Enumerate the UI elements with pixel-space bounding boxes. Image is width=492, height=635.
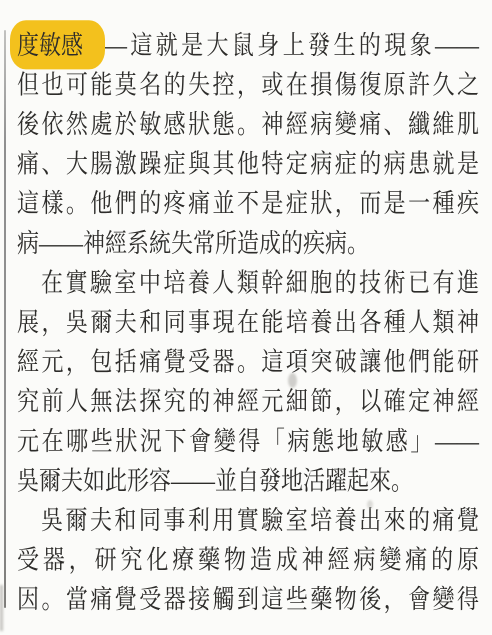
text-line: 度敏感——這就是大鼠身上發生的現象—— <box>17 25 479 65</box>
page-gutter-shadow <box>0 585 3 631</box>
text-line: 在實驗室中培養人類幹細胞的技術已有進 <box>17 263 479 303</box>
text-line: 病——神經系統失常所造成的疾病。 <box>17 223 479 263</box>
text-line: 展，吳爾夫和同事現在能培養出各種人類神 <box>17 302 479 342</box>
text-line: 痛、大腸激躁症與其他特定病症的病患就是 <box>17 144 479 184</box>
scan-artifact <box>367 500 373 509</box>
text-line: 吳爾夫如此形容——並自發地活躍起來。 <box>17 461 479 501</box>
text-line: 經元，包括痛覺受器。這項突破讓他們能研 <box>17 342 479 382</box>
text-block: 度敏感——這就是大鼠身上發生的現象——但也可能莫名的失控，或在損傷復原許久之後依… <box>17 25 479 619</box>
text-line: 究前人無法探究的神經元細節，以確定神經 <box>17 381 479 421</box>
text-line: 元在哪些狀況下會變得「病態地敏感」—— <box>17 421 479 461</box>
text-line: 因。當痛覺受器接觸到這些藥物後，會變得 <box>17 579 479 619</box>
text-line: 吳爾夫和同事利用實驗室培養出來的痛覺 <box>17 500 479 540</box>
text-line: 這樣。他們的疼痛並不是症狀，而是一種疾 <box>17 183 479 223</box>
text-line: 後依然處於敏感狀態。神經病變痛、纖維肌 <box>17 104 479 144</box>
text-line: 受器，研究化療藥物造成神經病變痛的原 <box>17 540 479 580</box>
page-gutter-line <box>4 30 6 608</box>
highlight-annotation: 度敏感 <box>17 25 83 65</box>
text-line: 但也可能莫名的失控，或在損傷復原許久之 <box>17 65 479 105</box>
scan-artifact <box>288 373 297 388</box>
